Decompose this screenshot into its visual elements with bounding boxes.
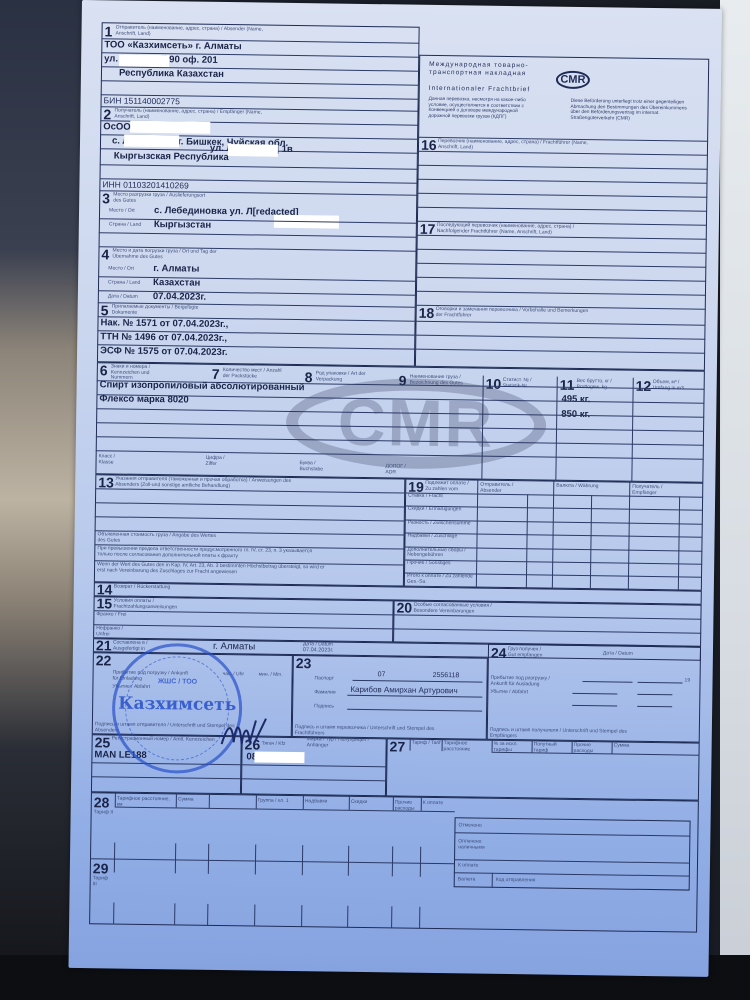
field-20-number: 20: [396, 599, 412, 615]
field-22-number: 22: [96, 652, 112, 668]
field-3-place-label: Место / Ort: [109, 208, 135, 214]
field-3-number: 3: [102, 190, 110, 206]
field-15-number: 15: [96, 595, 112, 611]
redaction: [228, 144, 278, 157]
year-suffix: 19: [685, 678, 691, 684]
side-row-paid-cash: Оплачено наличными: [458, 839, 498, 851]
cmr-logo: CMR: [556, 71, 590, 89]
redaction: [124, 135, 179, 148]
divider: [421, 797, 422, 811]
gross-weight-1: 495 кг.: [561, 394, 590, 405]
field-28-column-header: К оплате: [423, 801, 455, 807]
signature-label: Подпись: [314, 704, 334, 710]
field-19-row-label: Итого к оплате / Zu zahlende Ges.-Su.: [407, 574, 473, 586]
field-23-number: 23: [296, 655, 312, 671]
unfranco-label: Нефранко / Unfrei: [96, 626, 126, 637]
field-4-date-label: Дата / Datum: [108, 294, 138, 300]
doc-ttn: ТТН № 1496 от 07.04.2023г.,: [100, 331, 227, 344]
field-27-number: 27: [389, 738, 405, 754]
field-24-date-label: Дата / Datum: [603, 651, 633, 657]
cmr-form: CMR 1 Отправитель (наименование, адрес, …: [89, 22, 707, 950]
field-28-column-header: Сумма: [178, 797, 209, 803]
field-26-trailer-caption: Марка / Typ / Полуприцеп / Anhänger: [307, 737, 382, 749]
divider: [492, 740, 493, 752]
field-4-number: 4: [101, 246, 109, 262]
field-19-row-label: Ставка / Fracht: [408, 494, 474, 500]
doc-esf: ЭСФ № 1575 от 07.04.2023г.: [100, 345, 228, 358]
field-18-number: 18: [419, 305, 435, 321]
sender-name: ТОО «Казхимсеть» г. Алматы: [104, 39, 241, 52]
divider: [532, 740, 533, 752]
field-4-place-label: Место / Ort: [108, 266, 134, 272]
field-2-caption: Получатель (наименование, адрес, страна)…: [114, 108, 264, 121]
minutes-label: мин. / Min.: [259, 673, 284, 679]
field-24-caption: Груз получен / Gut empfangen: [508, 647, 548, 659]
field-14-caption: Возврат / Rückerstattung: [114, 585, 194, 592]
background-right: [720, 0, 750, 1000]
tariff-iii-label: Тариф III: [93, 876, 113, 887]
field-19-caption: Подлежит оплате / Zu zahlen vom: [425, 481, 470, 493]
header-title-ru: Международная товарно-транспортная накла…: [429, 61, 539, 79]
surname-label: Фамилия: [314, 690, 335, 696]
field-24-number: 24: [491, 645, 507, 661]
divider: [492, 873, 493, 888]
loading-date: 07.04.2023г.: [153, 291, 206, 303]
field-25-number: 25: [95, 734, 111, 750]
payment-side-box: [454, 817, 691, 890]
field-4-caption: Место и дата погрузки груза / Ort und Ta…: [112, 248, 232, 261]
divider: [209, 794, 210, 808]
divider: [349, 796, 350, 810]
sender-country: Республика Казахстан: [119, 68, 224, 80]
divider: [256, 795, 257, 809]
field-1-caption: Отправитель (наименование, адрес, страна…: [115, 25, 265, 38]
issued-place: г. Алматы: [213, 641, 255, 653]
field-10-caption: Статист. № / Statistik-Nr.: [503, 378, 543, 390]
field-19-row-label: Прочие / Sonstiges: [407, 561, 473, 567]
header-note-de: Diese Beförderung unterliegt trotz einer…: [570, 99, 690, 123]
field-28-number: 28: [94, 794, 110, 810]
field-6-number: 6: [100, 362, 108, 378]
tariff-ii-label: Тариф II: [94, 810, 114, 816]
field-15-caption: Условия оплаты / Frachtzahlungsanweisung…: [113, 599, 213, 611]
digit-label: Цифра / Ziffer: [205, 456, 235, 467]
field-4-country-label: Страна / Land: [108, 280, 140, 286]
declared-value-caption: Объявленная стоимость груза / Angabe des…: [97, 532, 217, 545]
field-1-number: 1: [104, 23, 112, 39]
field-19-row-label: Надбавки / Zuschläge: [408, 534, 474, 540]
field-19-row-label: Скидки / Ermäßigungen: [408, 507, 474, 513]
side-currency-label: Валюта: [458, 877, 476, 883]
field-27-column-header: Тариф / Tarif: [412, 741, 442, 747]
goods-brand: Флексо марка 8020: [99, 393, 188, 405]
sender-bin: БИН 151140002775: [104, 95, 180, 106]
issued-date: 07.04.2023г.: [303, 648, 333, 654]
field-28-column-header: Надбавки: [305, 799, 349, 805]
letter-label: Буква / Buchstabe: [299, 461, 339, 473]
field-7-caption: Количество мест / Anzahl der Packstücke: [223, 368, 283, 380]
driver-name: Карибов Амирхан Артурович: [350, 685, 457, 695]
divider: [442, 739, 443, 751]
redaction: [119, 55, 169, 68]
field-18-caption: Оговорки и замечания перевозчика / Vorbe…: [436, 307, 596, 320]
field-8-caption: Род упаковки / Art der Verpackung: [316, 371, 371, 383]
field-21-number: 21: [96, 637, 112, 653]
field-11-caption: Вес брутто, кг / Bruttogew. kg: [577, 379, 622, 391]
passport-label: Паспорт: [315, 676, 334, 682]
field-19-row-label: Дополнительные сборы / Nebengebühren: [407, 547, 473, 559]
divider: [410, 739, 411, 751]
field-3-caption: Место разгрузки груза / Auslieferungsort…: [113, 192, 213, 204]
field-27-column-header: Сумма: [614, 743, 657, 749]
field-10-number: 10: [486, 376, 502, 392]
receiver-inn: ИНН 01103201410269: [102, 179, 188, 190]
col-receiver: Получатель / Empfänger: [632, 485, 682, 497]
side-row-noted: Отмечено: [458, 823, 481, 829]
receiver-country: Кыргызская Республика: [114, 150, 229, 163]
divider: [303, 795, 304, 809]
unloading-country: Кыргызстан: [154, 219, 211, 231]
field-17-caption: Последующий перевозчик (наименование, ад…: [437, 223, 597, 236]
franco-label: Франко / Frei: [96, 612, 126, 618]
field-7-number: 7: [212, 366, 220, 382]
redaction: [130, 121, 210, 134]
header-note-ru: Данная перевозка, несмотря на какое-либо…: [428, 97, 538, 121]
header-title-de: Internationaler Frachtbrief: [429, 85, 531, 93]
field-12-caption: Объем, м³ / Umfang in m3: [653, 380, 698, 392]
adr-label: ДОПОГ / ADR: [385, 464, 415, 475]
field-28-column-header: Группа / кл. 1: [258, 799, 303, 805]
stamp-company: Казхимсеть: [115, 694, 239, 716]
side-row-to-pay: К оплате: [458, 863, 478, 869]
side-code-label: Код отправления: [496, 878, 536, 884]
divider: [612, 741, 613, 753]
field-29-number: 29: [93, 860, 109, 876]
col-sender: Отправитель / Absender: [480, 483, 525, 495]
loading-place: г. Алматы: [153, 263, 199, 275]
departure-unloading-label: Убытие / Abfahrt: [490, 690, 565, 697]
field-27-column-header: Тарифное расстояние: [444, 741, 492, 753]
col-currency: Валюта / Währung: [556, 484, 601, 490]
arrival-unloading-label: Прибытие под разгрузку / Ankunft für Aus…: [490, 676, 565, 688]
field-28-column-header: Скидки: [351, 800, 393, 806]
field-20-caption: Особые согласованные условия / Besondere…: [413, 603, 513, 615]
doc-invoice: Нак. № 1571 от 07.04.2023г.,: [100, 317, 228, 330]
passport-number: 2556118: [433, 672, 460, 679]
passport-series: 07: [378, 671, 386, 678]
field-3-country-label: Страна / Land: [109, 222, 141, 228]
field-5-caption: Прилагаемые документы / Beigefügte Dokum…: [112, 304, 212, 316]
field-9-number: 9: [399, 372, 407, 388]
cmr-document: CMR 1 Отправитель (наименование, адрес, …: [68, 0, 721, 977]
divider: [115, 793, 116, 807]
field-16-caption: Перевозчик (наименование, адрес, страна)…: [438, 139, 588, 152]
divider: [393, 796, 394, 810]
field-11-number: 11: [560, 377, 575, 393]
field-12-number: 12: [636, 378, 652, 394]
divider: [572, 741, 573, 753]
field-19-row-label: Разность / Zwischensumme: [408, 520, 474, 526]
receiver-sign-caption: Подпись и штамп получателя / Unterschrif…: [490, 728, 640, 741]
loading-country: Казахстан: [153, 277, 200, 289]
signature-mark: [219, 714, 280, 755]
divider: [176, 793, 177, 807]
class-label: Класс / Klasse: [99, 454, 129, 465]
